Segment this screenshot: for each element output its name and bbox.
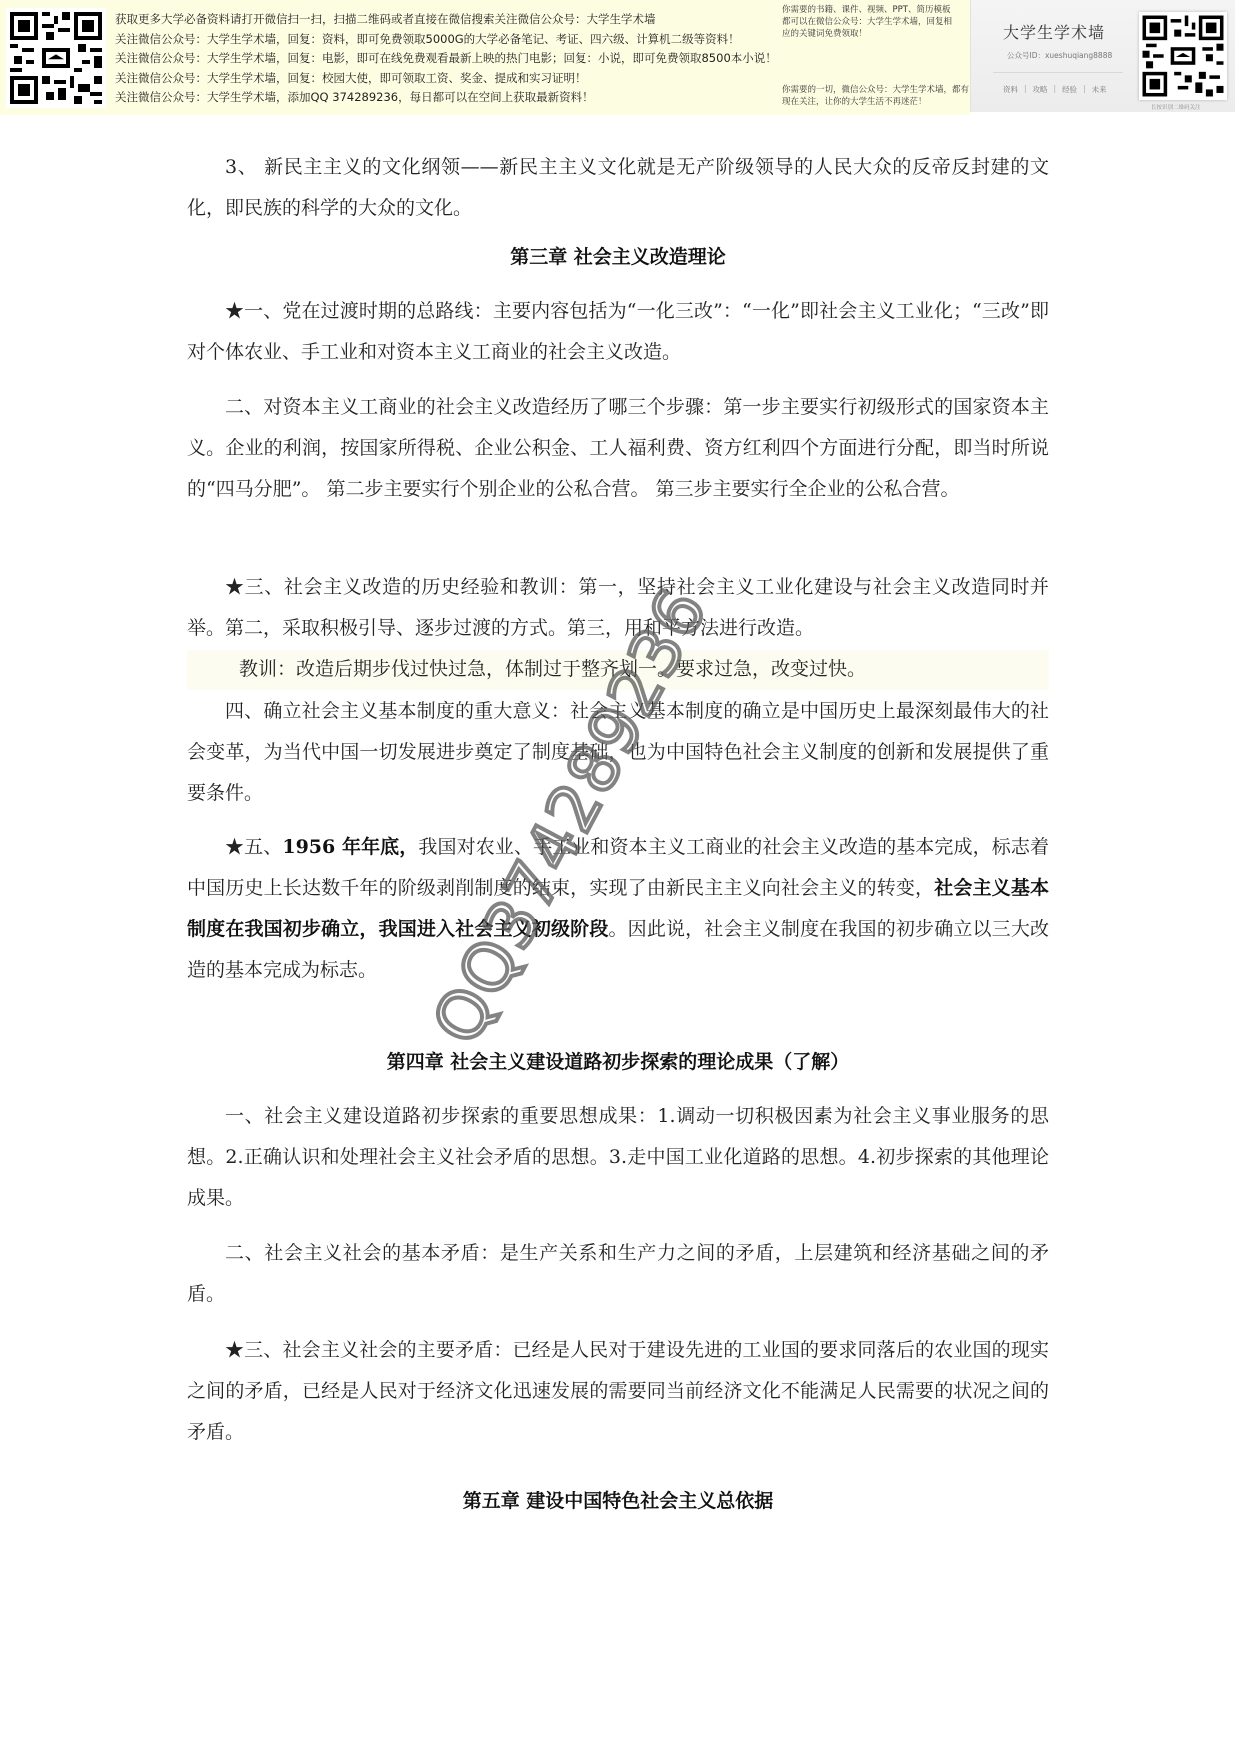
note-line: 现在关注，让你的大学生活不再迷茫！: [782, 96, 978, 108]
promo-banner-text-area: 获取更多大学必备资料请打开微信扫一扫，扫描二维码或者直接在微信搜索关注微信公众号…: [0, 0, 970, 115]
account-link: 攻略: [1033, 84, 1048, 95]
promo-lines: 获取更多大学必备资料请打开微信扫一扫，扫描二维码或者直接在微信搜索关注微信公众号…: [115, 10, 777, 108]
paragraph-1956: ★五、1956 年年底，我国对农业、手工业和资本主义工商业的社会主义改造的基本完…: [187, 827, 1049, 991]
account-id: 公众号ID：xueshuqiang8888: [1007, 50, 1112, 61]
note-line: 你需要的书籍、课件、视频、PPT、简历模板: [782, 4, 952, 16]
account-link: 资料: [1003, 84, 1018, 95]
paragraph-theoretical-results: 一、社会主义建设道路初步探索的重要思想成果：1.调动一切积极因素为社会主义事业服…: [187, 1096, 1049, 1219]
paragraph-culture-program: 3、 新民主主义的文化纲领——新民主主义文化就是无产阶级领导的人民大众的反帝反封…: [187, 147, 1049, 229]
promo-line: 关注微信公众号：大学生学术墙，回复：校园大使，即可领取工资、奖金、提成和实习证明…: [115, 69, 777, 89]
separator: |: [1024, 84, 1027, 95]
account-card: 大学生学术墙 公众号ID：xueshuqiang8888 资料 | 攻略 | 经…: [970, 0, 1235, 112]
promo-line: 关注微信公众号：大学生学术墙，回复：资料，即可免费领取5000G的大学必备笔记、…: [115, 30, 777, 50]
note-line: 应的关键词免费领取！: [782, 28, 952, 40]
chapter-3-heading: 第三章 社会主义改造理论: [187, 242, 1049, 272]
text-prefix: ★五、: [225, 836, 282, 858]
paragraph-basic-contradiction: 二、社会主义社会的基本矛盾：是生产关系和生产力之间的矛盾，上层建筑和经济基础之间…: [187, 1233, 1049, 1315]
chapter-5-heading: 第五章 建设中国特色社会主义总依据: [187, 1486, 1049, 1516]
account-title: 大学生学术墙: [1003, 20, 1105, 43]
paragraph-historical-experience: ★三、社会主义改造的历史经验和教训：第一，坚持社会主义工业化建设与社会主义改造同…: [187, 567, 1049, 649]
paragraph-lesson: 教训：改造后期步伐过快过急，体制过于整齐划一。要求过急，改变过快。: [187, 649, 1049, 690]
promo-line: 关注微信公众号：大学生学术墙，添加QQ 374289236，每日都可以在空间上获…: [115, 88, 777, 108]
separator: |: [1083, 84, 1086, 95]
paragraph-general-line: ★一、党在过渡时期的总路线：主要内容包括为“一化三改”：“一化”即社会主义工业化…: [187, 291, 1049, 373]
paragraph-three-steps: 二、对资本主义工商业的社会主义改造经历了哪三个步骤：第一步主要实行初级形式的国家…: [187, 387, 1049, 510]
chapter-4-heading: 第四章 社会主义建设道路初步探索的理论成果（了解）: [187, 1047, 1049, 1077]
note-line: 你需要的一切，微信公众号：大学生学术墙，都有！: [782, 84, 978, 96]
qr-caption: 长按识别二维码关注: [1151, 103, 1201, 111]
account-link: 未来: [1092, 84, 1107, 95]
promo-banner: 获取更多大学必备资料请打开微信扫一扫，扫描二维码或者直接在微信搜索关注微信公众号…: [0, 0, 1241, 115]
account-links: 资料 | 攻略 | 经验 | 未来: [1003, 84, 1107, 95]
note-line: 都可以在微信公众号：大学生学术墙，回复相: [782, 16, 952, 28]
promo-line: 关注微信公众号：大学生学术墙，回复：电影，即可在线免费观看最新上映的热门电影；回…: [115, 49, 777, 69]
paragraph-significance: 四、确立社会主义基本制度的重大意义：社会主义基本制度的确立是中国历史上最深刻最伟…: [187, 691, 1049, 814]
qr-code-icon: [1139, 12, 1227, 100]
bold-date: 1956 年年底，: [282, 836, 418, 858]
promo-note-top: 你需要的书籍、课件、视频、PPT、简历模板 都可以在微信公众号：大学生学术墙，回…: [782, 4, 952, 40]
promo-line: 获取更多大学必备资料请打开微信扫一扫，扫描二维码或者直接在微信搜索关注微信公众号…: [115, 10, 777, 30]
qr-code-icon: [6, 8, 106, 108]
promo-note-bottom: 你需要的一切，微信公众号：大学生学术墙，都有！ 现在关注，让你的大学生活不再迷茫…: [782, 84, 978, 108]
account-link: 经验: [1062, 84, 1077, 95]
divider: [993, 72, 1123, 73]
paragraph-main-contradiction: ★三、社会主义社会的主要矛盾：已经是人民对于建设先进的工业国的要求同落后的农业国…: [187, 1330, 1049, 1453]
separator: |: [1054, 84, 1057, 95]
